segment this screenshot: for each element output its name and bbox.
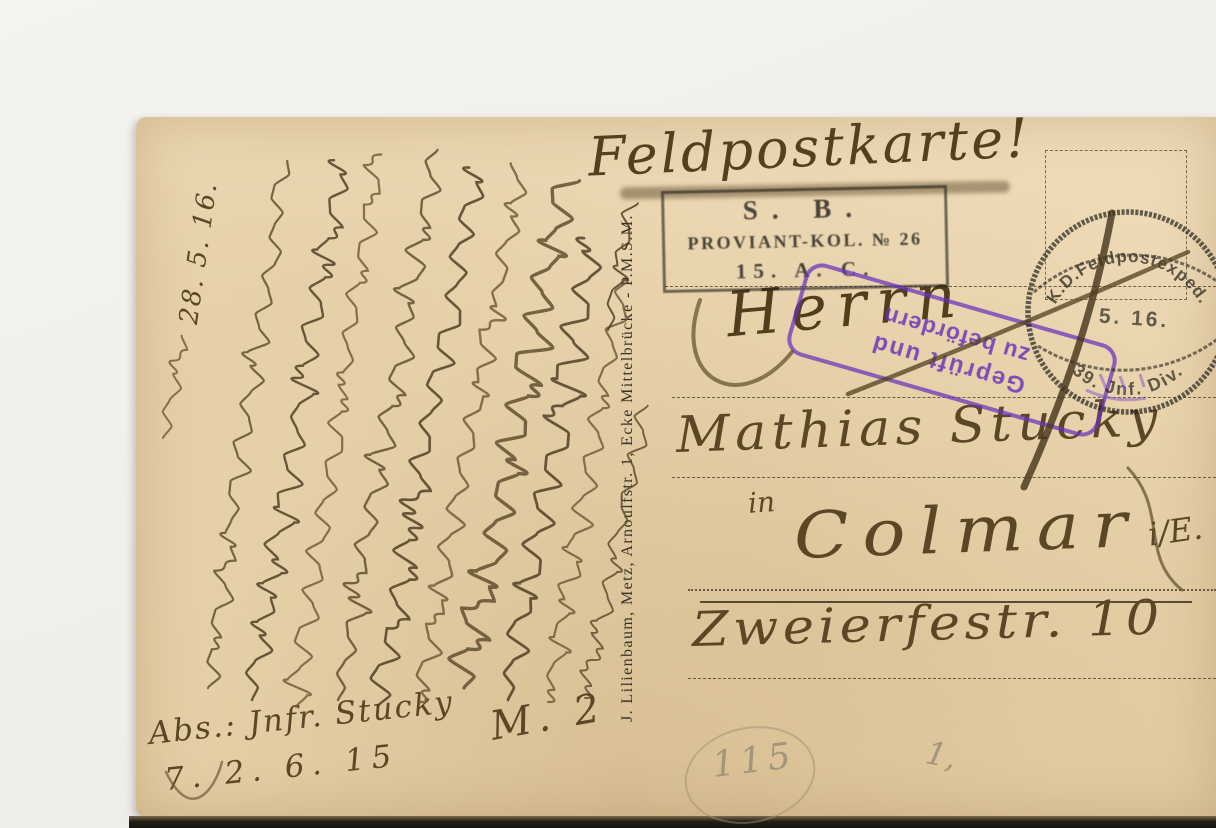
unit-stamp-line1: S. B.: [664, 191, 945, 228]
address-region: i/E.: [1146, 508, 1205, 553]
postmark-stamp: K.D.Feldpostexped. 5. 16. 39. Jnf. Div.: [1016, 200, 1216, 424]
scanner-edge-shadow: [129, 816, 1216, 828]
address-city: Colmar: [793, 488, 1142, 574]
address-rule-6: [688, 678, 1216, 679]
svg-text:39. Jnf. Div.: 39. Jnf. Div.: [1069, 360, 1187, 399]
postmark-arc-bottom-text: 39. Jnf. Div.: [1069, 360, 1187, 399]
address-rule-3: [672, 477, 1216, 478]
unit-stamp-line2: PROVIANT-KOL. № 26: [665, 228, 945, 255]
postmark-band-bottom: [1038, 338, 1216, 370]
address-preposition: in: [747, 485, 776, 520]
postcard-scan: J. Lilienbaum, Metz, Arnoulfstr. 1, Ecke…: [0, 0, 1216, 828]
printer-imprint: J. Lilienbaum, Metz, Arnoulfstr. 1, Ecke…: [619, 172, 649, 764]
postmark-date: 5. 16.: [1098, 305, 1170, 333]
